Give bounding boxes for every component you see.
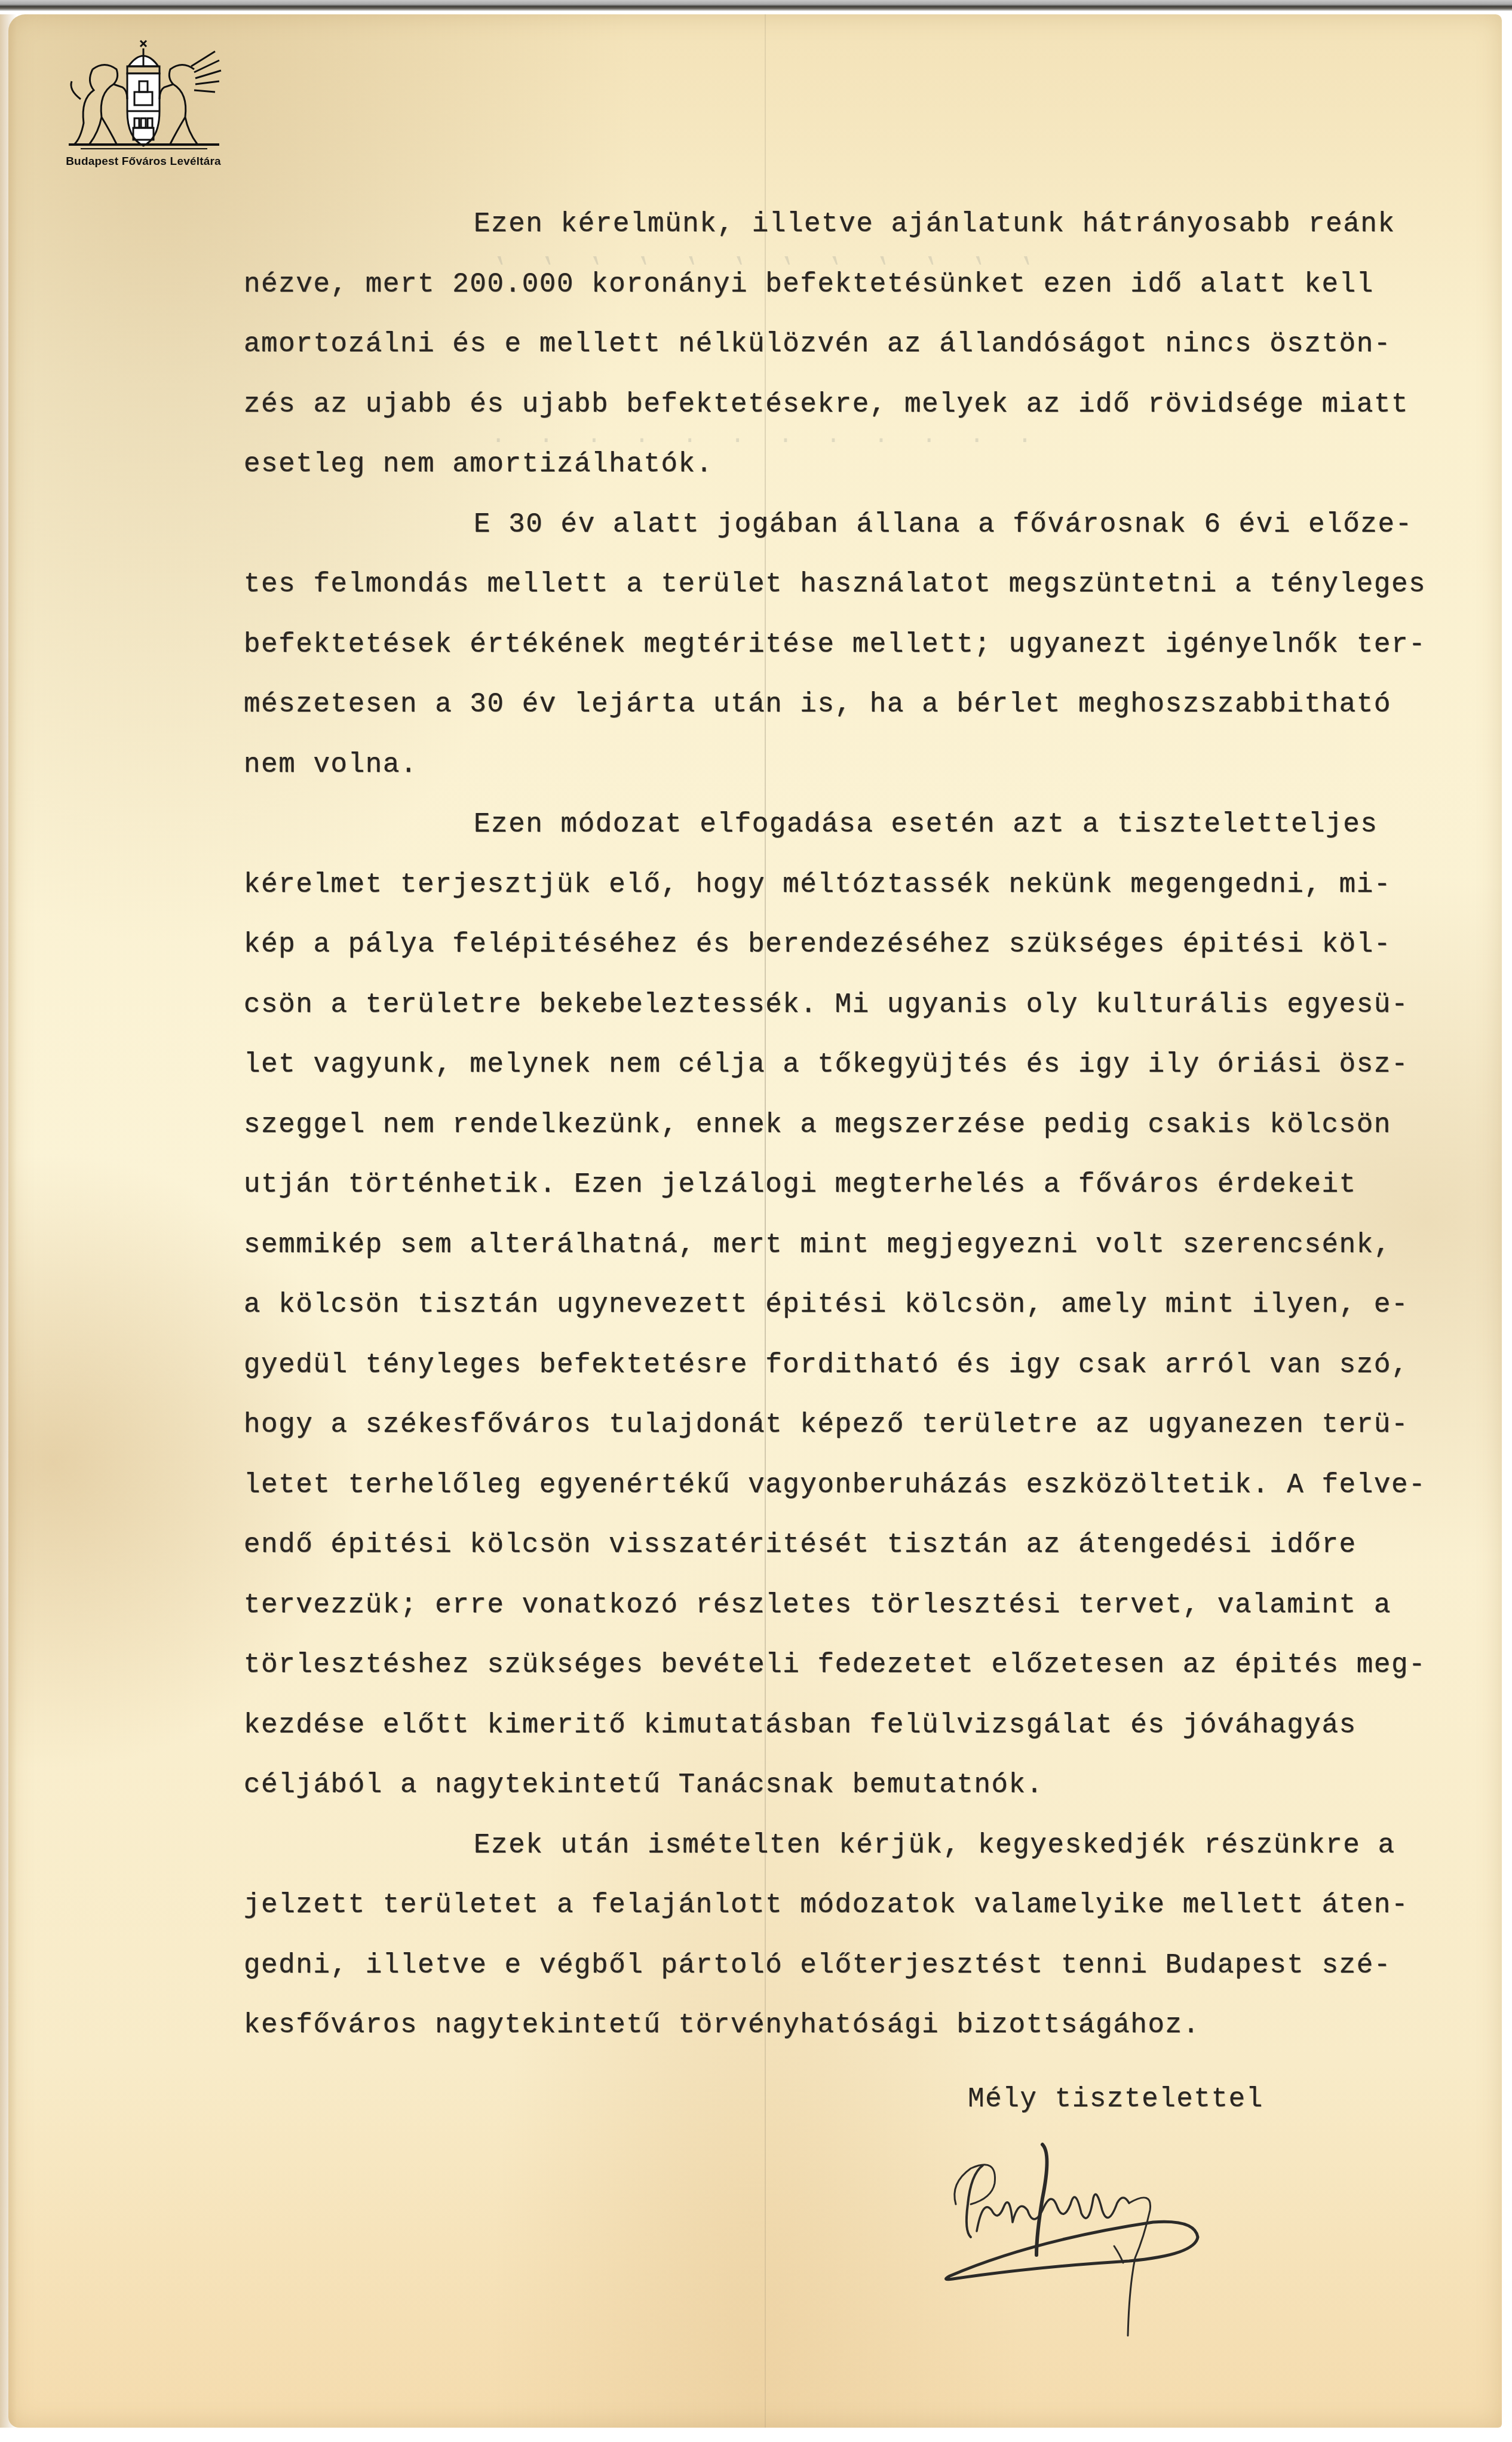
closing-salutation: Mély tisztelettel — [968, 2084, 1263, 2115]
letter-line: csön a területre bekebeleztessék. Mi ugy… — [244, 987, 1480, 1047]
letter-line: kérelmet terjesztjük elő, hogy méltóztas… — [244, 867, 1480, 927]
letter-line: hogy a székesfőváros tulajdonát képező t… — [244, 1407, 1480, 1467]
letter-line: endő épitési kölcsön visszatéritését tis… — [244, 1527, 1480, 1587]
letter-line: nem volna. — [244, 747, 1480, 807]
letter-line: szeggel nem rendelkezünk, ennek a megsze… — [244, 1107, 1480, 1167]
letter-line: E 30 év alatt jogában állana a fővárosna… — [244, 507, 1480, 567]
letter-line: kép a pálya felépitéséhez és berendezésé… — [244, 927, 1480, 987]
letter-line: semmikép sem alterálhatná, mert mint meg… — [244, 1227, 1480, 1287]
paper-edge-shadow — [0, 14, 17, 2428]
letter-line: tervezzük; erre vonatkozó részletes törl… — [244, 1587, 1480, 1648]
letter-line: céljából a nagytekintetű Tanácsnak bemut… — [244, 1767, 1480, 1827]
archive-name: Budapest Főváros Levéltára — [54, 155, 233, 168]
letter-line: a kölcsön tisztán ugynevezett épitési kö… — [244, 1287, 1480, 1347]
letter-line: tes felmondás mellett a terület használa… — [244, 566, 1480, 627]
letter-line: kezdése előtt kimeritő kimutatásban felü… — [244, 1707, 1480, 1768]
scanner-edge — [0, 0, 1512, 11]
letter-line: jelzett területet a felajánlott módozato… — [244, 1887, 1480, 1947]
letter-line: gedni, illetve e végből pártoló előterje… — [244, 1947, 1480, 2008]
letter-line: Ezen módozat elfogadása esetén azt a tis… — [244, 806, 1480, 867]
letter-line: zés az ujabb és ujabb befektetésekre, me… — [244, 386, 1480, 447]
letter-line: mészetesen a 30 év lejárta után is, ha a… — [244, 686, 1480, 747]
letter-line: nézve, mert 200.000 koronányi befektetés… — [244, 266, 1480, 327]
letter-body: Ezen kérelmünk, illetve ajánlatunk hátrá… — [244, 206, 1480, 2067]
letter-line: gyedül tényleges befektetésre forditható… — [244, 1347, 1480, 1407]
letter-line: let vagyunk, melynek nem célja a tőkegyü… — [244, 1047, 1480, 1107]
letter-line: amortozálni és e mellett nélkülözvén az … — [244, 326, 1480, 386]
letter-line: Ezen kérelmünk, illetve ajánlatunk hátrá… — [244, 206, 1480, 266]
handwritten-signature-icon — [914, 2133, 1249, 2348]
letter-line: befektetések értékének megtéritése melle… — [244, 627, 1480, 687]
letter-line: kesfőváros nagytekintetű törvényhatósági… — [244, 2007, 1480, 2067]
letter-line: Ezek után ismételten kérjük, kegyeskedjé… — [244, 1827, 1480, 1888]
archive-logo: Budapest Főváros Levéltára — [54, 33, 233, 168]
coat-of-arms-icon — [57, 33, 230, 153]
letter-line: utján történhetik. Ezen jelzálogi megter… — [244, 1167, 1480, 1227]
signature — [914, 2133, 1249, 2351]
letter-line: törlesztéshez szükséges bevételi fedezet… — [244, 1647, 1480, 1707]
letter-line: letet terhelőleg egyenértékű vagyonberuh… — [244, 1467, 1480, 1527]
letter-line: esetleg nem amortizálhatók. — [244, 446, 1480, 507]
